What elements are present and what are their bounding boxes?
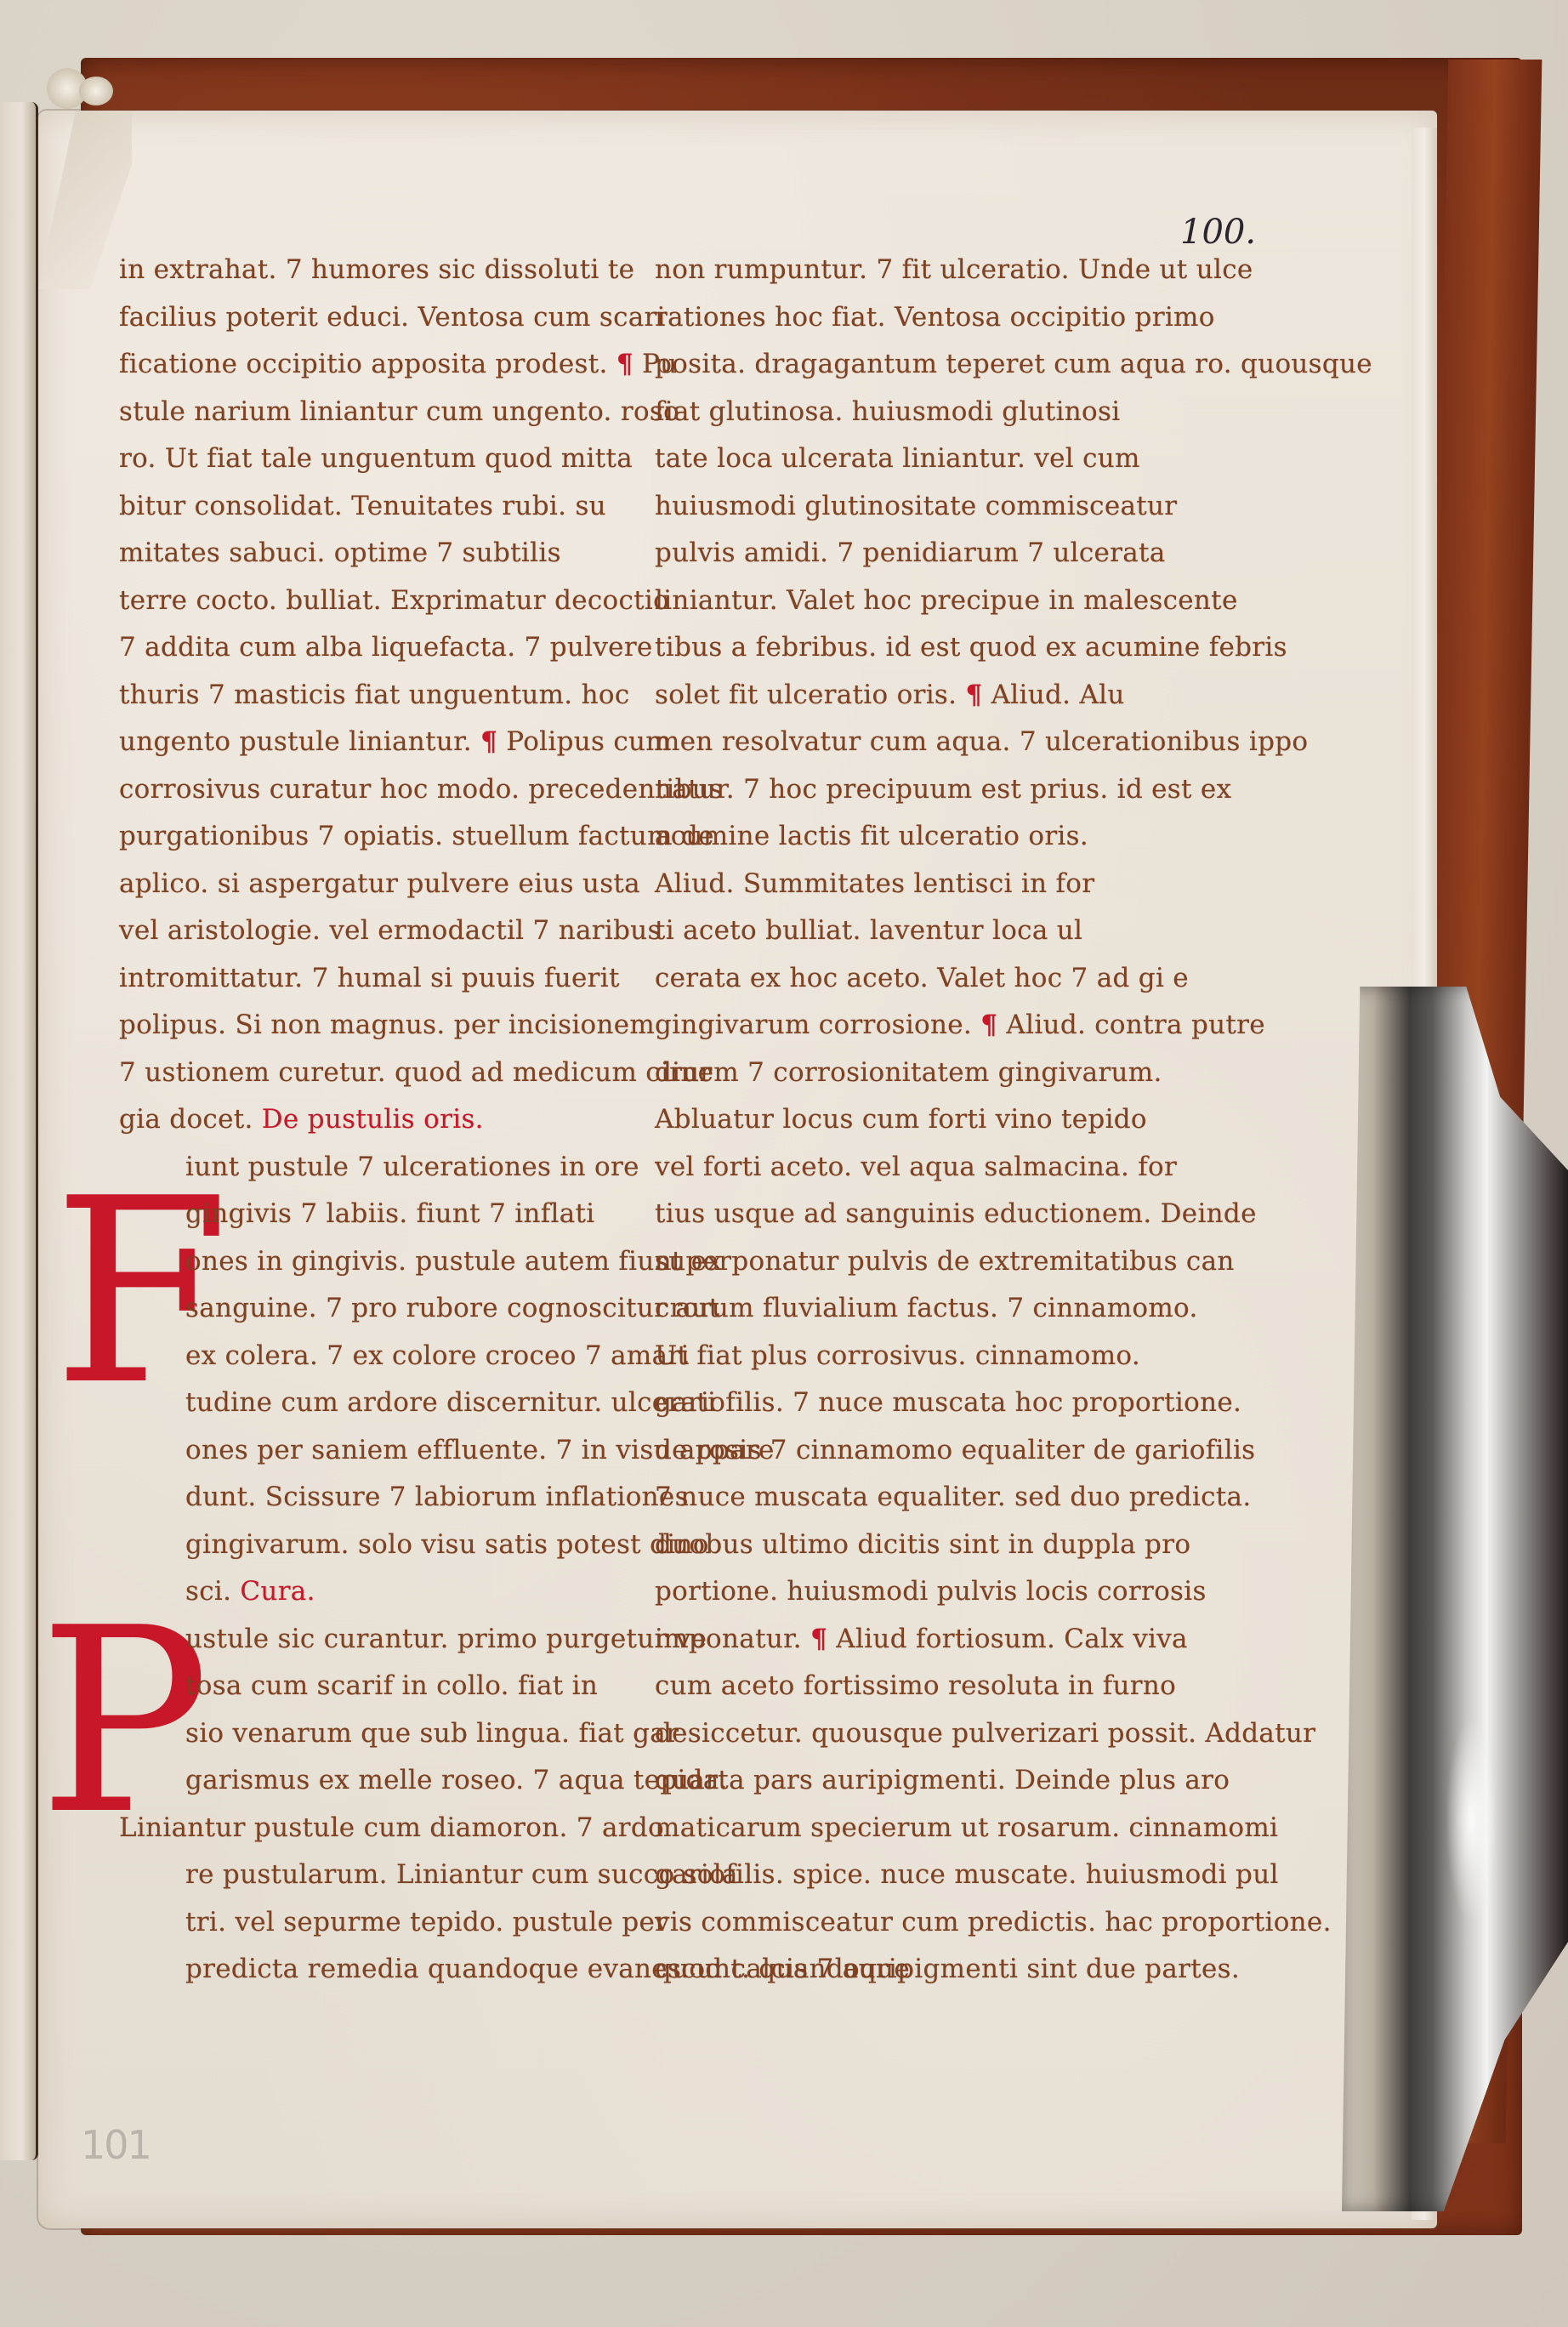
manuscript-line: imponatur. ¶ Aliud fortiosum. Calx viva [655, 1616, 1165, 1664]
rubric-paragraph-mark-icon: ¶ [616, 349, 633, 379]
line-text: non rumpuntur. 7 fit ulceratio. Unde ut … [655, 254, 1253, 285]
rubric-paragraph-mark-icon: ¶ [980, 1010, 997, 1040]
manuscript-line: huiusmodi glutinositate commisceatur [655, 483, 1165, 531]
line-text: ex colera. 7 ex colore croceo 7 amari [185, 1340, 690, 1371]
line-text: sanguine. 7 pro rubore cognoscitur aut [185, 1293, 719, 1323]
manuscript-line: men resolvatur cum aqua. 7 ulcerationibu… [655, 719, 1165, 766]
line-text: tudine cum ardore discernitur. ulcerati [185, 1387, 716, 1418]
line-text: corrosivus curatur hoc modo. precedentib… [119, 774, 723, 805]
manuscript-line: Liniantur pustule cum diamoron. 7 ardo [119, 1805, 629, 1852]
manuscript-line: gingivarum. solo visu satis potest dino [119, 1522, 629, 1569]
line-text: dunt. Scissure 7 labiorum inflationes [185, 1482, 689, 1512]
line-text: Abluatur locus cum forti vino tepido [655, 1104, 1147, 1135]
manuscript-line: ungento pustule liniantur. ¶ Polipus cum [119, 719, 629, 766]
manuscript-line: tibus a febribus. id est quod ex acumine… [655, 624, 1165, 672]
manuscript-line: gia docet. De pustulis oris. [119, 1096, 629, 1144]
rubric-paragraph-mark-icon: ¶ [965, 680, 982, 710]
line-text-continued: Aliud. contra putre [997, 1010, 1265, 1040]
folio-number-bottom-pencil: 101 [81, 2122, 151, 2168]
manuscript-line: duobus ultimo dicitis sint in duppla pro [655, 1522, 1165, 1569]
line-text: gingivarum. solo visu satis potest dino [185, 1529, 709, 1560]
manuscript-line: iunt pustule 7 ulcerationes in ore [119, 1144, 629, 1192]
manuscript-line: de rosis 7 cinnamomo equaliter de gariof… [655, 1427, 1165, 1475]
manuscript-line: garismus ex melle roseo. 7 aqua tepida. [119, 1757, 629, 1805]
manuscript-line: 7 addita cum alba liquefacta. 7 pulvere [119, 624, 629, 672]
line-text: gingivarum corrosione. [655, 1010, 972, 1040]
line-text: Ut fiat plus corrosivus. cinnamomo. [655, 1340, 1140, 1371]
manuscript-line: ex colera. 7 ex colore croceo 7 amari [119, 1333, 629, 1380]
line-text: aplico. si aspergatur pulvere eius usta [119, 868, 640, 899]
line-text: gariofilis. spice. nuce muscate. huiusmo… [655, 1859, 1279, 1890]
line-text: ficatione occipitio apposita prodest. [119, 349, 608, 379]
line-text: quod calcis 7 auripigmenti sint due part… [655, 1954, 1240, 1984]
manuscript-line: pulvis amidi. 7 penidiarum 7 ulcerata [655, 530, 1165, 577]
manuscript-line: Ut fiat plus corrosivus. cinnamomo. [655, 1333, 1165, 1380]
manuscript-line: ficatione occipitio apposita prodest. ¶ … [119, 341, 629, 389]
line-text: dinem 7 corrosionitatem gingivarum. [655, 1057, 1162, 1088]
text-column-right: non rumpuntur. 7 fit ulceratio. Unde ut … [655, 247, 1165, 1994]
manuscript-line: ro. Ut fiat tale unguentum quod mitta [119, 435, 629, 483]
manuscript-line: crorum fluvialium factus. 7 cinnamomo. [655, 1285, 1165, 1333]
manuscript-line: cum aceto fortissimo resoluta in furno [655, 1663, 1165, 1710]
rubric-paragraph-mark-icon: ¶ [480, 726, 497, 757]
line-text: rationes hoc fiat. Ventosa occipitio pri… [655, 302, 1215, 333]
line-text: liniantur. Valet hoc precipue in malesce… [655, 585, 1238, 616]
manuscript-line: tudine cum ardore discernitur. ulcerati [119, 1380, 629, 1427]
line-text: duobus ultimo dicitis sint in duppla pro [655, 1529, 1190, 1560]
line-text: gariofilis. 7 nuce muscata hoc proportio… [655, 1387, 1241, 1418]
manuscript-line: re pustularum. Liniantur cum succo sola [119, 1852, 629, 1899]
manuscript-line: gariofilis. spice. nuce muscate. huiusmo… [655, 1852, 1165, 1899]
line-text-continued: Aliud. Alu [982, 680, 1124, 710]
manuscript-line: tate loca ulcerata liniantur. vel cum [655, 435, 1165, 483]
line-text: 7 addita cum alba liquefacta. 7 pulvere [119, 632, 653, 663]
manuscript-line: bitur consolidat. Tenuitates rubi. su [119, 483, 629, 531]
manuscript-line: sci. Cura. [119, 1568, 629, 1616]
manuscript-line: terre cocto. bulliat. Exprimatur decocti… [119, 577, 629, 625]
manuscript-line: quarta pars auripigmenti. Deinde plus ar… [655, 1757, 1165, 1805]
line-text: tibus a febribus. id est quod ex acumine… [655, 632, 1287, 663]
manuscript-line: predicta remedia quandoque evanescunt. q… [119, 1946, 629, 1994]
line-text: Aliud. Summitates lentisci in for [655, 868, 1094, 899]
rubric-heading: Cura. [231, 1576, 315, 1607]
manuscript-line: rationes hoc fiat. Ventosa occipitio pri… [655, 294, 1165, 342]
metal-clasp-highlight [1446, 1718, 1497, 1922]
manuscript-line: gariofilis. 7 nuce muscata hoc proportio… [655, 1380, 1165, 1427]
manuscript-line: posita. dragagantum teperet cum aqua ro.… [655, 341, 1165, 389]
manuscript-line: 7 nuce muscata equaliter. sed duo predic… [655, 1474, 1165, 1522]
thread-knot [79, 77, 113, 105]
rubric-heading: De pustulis oris. [253, 1104, 484, 1135]
line-text: desiccetur. quousque pulverizari possit.… [655, 1718, 1315, 1749]
manuscript-line: dinem 7 corrosionitatem gingivarum. [655, 1050, 1165, 1097]
manuscript-line: purgationibus 7 opiatis. stuellum factum… [119, 813, 629, 861]
line-text: iunt pustule 7 ulcerationes in ore [185, 1152, 639, 1182]
manuscript-line: vel aristologie. vel ermodactil 7 naribu… [119, 907, 629, 955]
manuscript-line: maticarum specierum ut rosarum. cinnamom… [655, 1805, 1165, 1852]
line-text: quarta pars auripigmenti. Deinde plus ar… [655, 1765, 1230, 1795]
line-text: tosa cum scarif in collo. fiat in [185, 1670, 598, 1701]
line-text: intromittatur. 7 humal si puuis fuerit [119, 963, 620, 993]
line-text-continued: Aliud fortiosum. Calx viva [827, 1624, 1188, 1654]
line-text: ones in gingivis. pustule autem fiunt ex [185, 1246, 722, 1277]
manuscript-line: aplico. si aspergatur pulvere eius usta [119, 861, 629, 908]
line-text: tius usque ad sanguinis eductionem. Dein… [655, 1198, 1257, 1229]
line-text: 7 ustionem curetur. quod ad medicum ciru… [119, 1057, 713, 1088]
line-text: facilius poterit educi. Ventosa cum scar… [119, 302, 666, 333]
line-text: in extrahat. 7 humores sic dissoluti te [119, 254, 634, 285]
line-text: fiat glutinosa. huiusmodi glutinosi [655, 396, 1120, 427]
manuscript-line: thuris 7 masticis fiat unguentum. hoc [119, 672, 629, 720]
line-text: gia docet. [119, 1104, 253, 1135]
previous-leaf-edge [0, 102, 38, 2160]
manuscript-line: facilius poterit educi. Ventosa cum scar… [119, 294, 629, 342]
line-text: bitur consolidat. Tenuitates rubi. su [119, 491, 606, 521]
line-text: crorum fluvialium factus. 7 cinnamomo. [655, 1293, 1198, 1323]
manuscript-line: 7 ustionem curetur. quod ad medicum ciru… [119, 1050, 629, 1097]
line-text: ro. Ut fiat tale unguentum quod mitta [119, 443, 633, 474]
line-text: purgationibus 7 opiatis. stuellum factum… [119, 821, 714, 851]
line-text: vel aristologie. vel ermodactil 7 naribu… [119, 915, 662, 946]
line-text: ti aceto bulliat. laventur loca ul [655, 915, 1082, 946]
manuscript-line: tri. vel sepurme tepido. pustule per [119, 1899, 629, 1947]
line-text: ungento pustule liniantur. [119, 726, 472, 757]
manuscript-line: acumine lactis fit ulceratio oris. [655, 813, 1165, 861]
manuscript-line: natur. 7 hoc precipuum est prius. id est… [655, 766, 1165, 814]
manuscript-line: intromittatur. 7 humal si puuis fuerit [119, 955, 629, 1003]
line-text: stule narium liniantur cum ungento. roso [119, 396, 679, 427]
line-text: natur. 7 hoc precipuum est prius. id est… [655, 774, 1231, 805]
manuscript-line: cerata ex hoc aceto. Valet hoc 7 ad gi e [655, 955, 1165, 1003]
line-text: acumine lactis fit ulceratio oris. [655, 821, 1088, 851]
line-text: vis commisceatur cum predictis. hac prop… [655, 1907, 1332, 1937]
line-text: sci. [185, 1576, 231, 1607]
manuscript-line: corrosivus curatur hoc modo. precedentib… [119, 766, 629, 814]
manuscript-line: vis commisceatur cum predictis. hac prop… [655, 1899, 1165, 1947]
line-text: tate loca ulcerata liniantur. vel cum [655, 443, 1140, 474]
line-text: pulvis amidi. 7 penidiarum 7 ulcerata [655, 538, 1166, 568]
line-text: ustule sic curantur. primo purgetur ve [185, 1624, 707, 1654]
manuscript-line: desiccetur. quousque pulverizari possit.… [655, 1710, 1165, 1758]
manuscript-line: portione. huiusmodi pulvis locis corrosi… [655, 1568, 1165, 1616]
line-text: cerata ex hoc aceto. Valet hoc 7 ad gi e [655, 963, 1189, 993]
line-text: portione. huiusmodi pulvis locis corrosi… [655, 1576, 1207, 1607]
line-text: maticarum specierum ut rosarum. cinnamom… [655, 1812, 1278, 1843]
manuscript-line: quod calcis 7 auripigmenti sint due part… [655, 1946, 1165, 1994]
line-text: polipus. Si non magnus. per incisionem [119, 1010, 655, 1040]
manuscript-line: ones per saniem effluente. 7 in visu app… [119, 1427, 629, 1475]
folio-number-top: 100. [1180, 213, 1256, 252]
manuscript-line: gingivarum corrosione. ¶ Aliud. contra p… [655, 1002, 1165, 1050]
manuscript-line: sanguine. 7 pro rubore cognoscitur aut [119, 1285, 629, 1333]
manuscript-line: solet fit ulceratio oris. ¶ Aliud. Alu [655, 672, 1165, 720]
manuscript-line: ones in gingivis. pustule autem fiunt ex [119, 1238, 629, 1286]
manuscript-line: dunt. Scissure 7 labiorum inflationes [119, 1474, 629, 1522]
line-text: vel forti aceto. vel aqua salmacina. for [655, 1152, 1177, 1182]
line-text: 7 nuce muscata equaliter. sed duo predic… [655, 1482, 1251, 1512]
rubric-paragraph-mark-icon: ¶ [810, 1624, 827, 1654]
line-text: Liniantur pustule cum diamoron. 7 ardo [119, 1812, 664, 1843]
manuscript-line: in extrahat. 7 humores sic dissoluti te [119, 247, 629, 294]
manuscript-line: tius usque ad sanguinis eductionem. Dein… [655, 1191, 1165, 1238]
manuscript-line: tosa cum scarif in collo. fiat in [119, 1663, 629, 1710]
manuscript-line: liniantur. Valet hoc precipue in malesce… [655, 577, 1165, 625]
line-text: men resolvatur cum aqua. 7 ulcerationibu… [655, 726, 1308, 757]
manuscript-line: vel forti aceto. vel aqua salmacina. for [655, 1144, 1165, 1192]
manuscript-line: superponatur pulvis de extremitatibus ca… [655, 1238, 1165, 1286]
line-text: thuris 7 masticis fiat unguentum. hoc [119, 680, 630, 710]
manuscript-line: ustule sic curantur. primo purgetur ve [119, 1616, 629, 1664]
line-text: huiusmodi glutinositate commisceatur [655, 491, 1177, 521]
manuscript-line: fiat glutinosa. huiusmodi glutinosi [655, 389, 1165, 436]
line-text: superponatur pulvis de extremitatibus ca… [655, 1246, 1235, 1277]
manuscript-line: mitates sabuci. optime 7 subtilis [119, 530, 629, 577]
manuscript-line: ti aceto bulliat. laventur loca ul [655, 907, 1165, 955]
line-text: tri. vel sepurme tepido. pustule per [185, 1907, 668, 1937]
line-text: terre cocto. bulliat. Exprimatur decocti… [119, 585, 669, 616]
manuscript-line: non rumpuntur. 7 fit ulceratio. Unde ut … [655, 247, 1165, 294]
line-text: garismus ex melle roseo. 7 aqua tepida. [185, 1765, 728, 1795]
manuscript-line: polipus. Si non magnus. per incisionem [119, 1002, 629, 1050]
line-text: mitates sabuci. optime 7 subtilis [119, 538, 561, 568]
line-text: de rosis 7 cinnamomo equaliter de gariof… [655, 1435, 1255, 1465]
manuscript-line: Aliud. Summitates lentisci in for [655, 861, 1165, 908]
line-text: sio venarum que sub lingua. fiat gar [185, 1718, 679, 1749]
manuscript-line: sio venarum que sub lingua. fiat gar [119, 1710, 629, 1758]
line-text: gingivis 7 labiis. fiunt 7 inflati [185, 1198, 594, 1229]
line-text: cum aceto fortissimo resoluta in furno [655, 1670, 1176, 1701]
line-text-continued: Polipus cum [497, 726, 671, 757]
manuscript-line: Abluatur locus cum forti vino tepido [655, 1096, 1165, 1144]
line-text: imponatur. [655, 1624, 802, 1654]
line-text: posita. dragagantum teperet cum aqua ro.… [655, 349, 1372, 379]
manuscript-line: gingivis 7 labiis. fiunt 7 inflati [119, 1191, 629, 1238]
line-text: solet fit ulceratio oris. [655, 680, 957, 710]
manuscript-line: stule narium liniantur cum ungento. roso [119, 389, 629, 436]
text-column-left: in extrahat. 7 humores sic dissoluti tef… [119, 247, 629, 1994]
